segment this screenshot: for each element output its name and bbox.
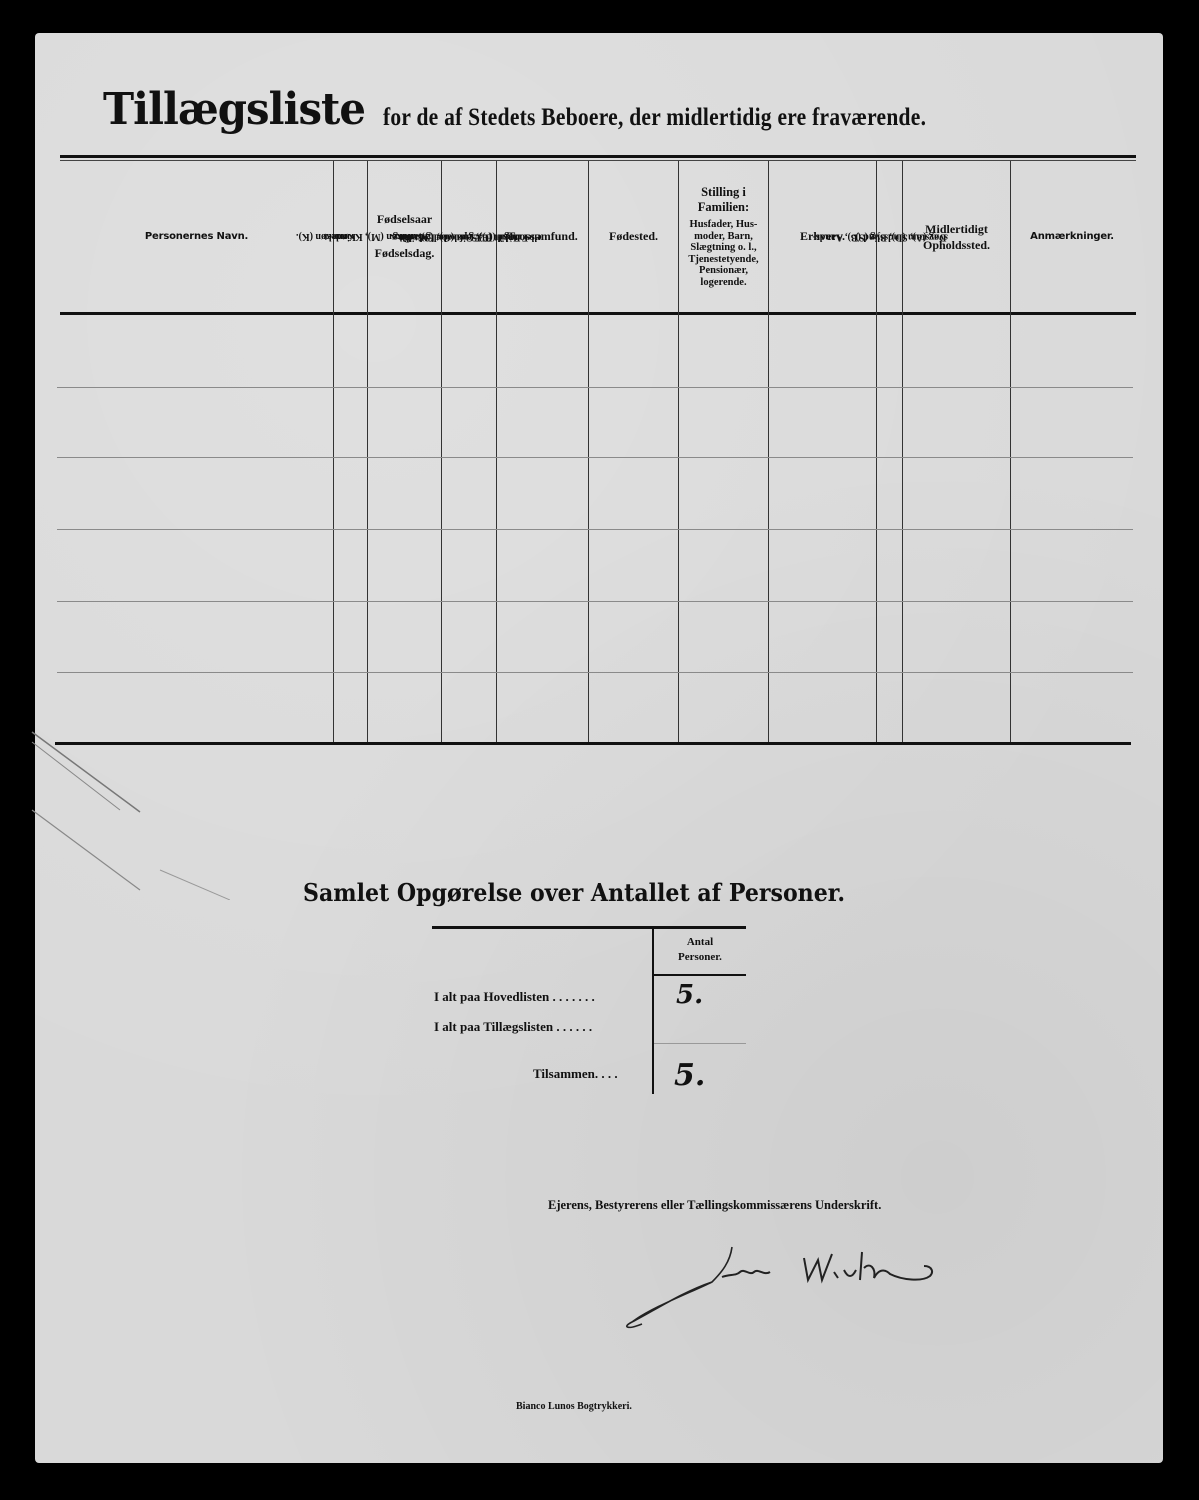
summary-subtotal-rule bbox=[654, 1043, 746, 1044]
summary-header-rule bbox=[654, 974, 746, 976]
form-subtitle-plain: for de af Stedets Beboere, der midlertid… bbox=[383, 104, 806, 131]
header-aegteskab: Ægteskabelig Stilling. Ugift (U), Gift (… bbox=[442, 161, 496, 312]
header-stilling-sub0: Husfader, Hus- bbox=[690, 219, 758, 231]
summary-column-header: Antal Personer. bbox=[654, 935, 746, 965]
table-row[interactable] bbox=[60, 388, 1133, 457]
form-title: Tillægsliste bbox=[103, 88, 365, 132]
header-stilling-line1: Stilling i bbox=[701, 185, 746, 200]
form-subtitle-bold: fraværende. bbox=[812, 104, 926, 131]
header-kjonnet: KønnetMandkøn (M), Kvindekøn (K). bbox=[334, 161, 367, 312]
header-handicap: Døvstum (D), Blind (B), Aands- svag (A),… bbox=[877, 161, 902, 312]
summary-label-hovedlisten: I alt paa Hovedlisten . . . . . . . bbox=[434, 989, 595, 1005]
printer-imprint: Bianco Lunos Bogtrykkeri. bbox=[516, 1401, 632, 1412]
form-subtitle: for de af Stedets Beboere, der midlertid… bbox=[383, 104, 926, 132]
summary-value-tilsammen[interactable]: 5. bbox=[674, 1058, 705, 1093]
header-stilling-sub1: moder, Barn, bbox=[694, 231, 753, 243]
summary-top-rule bbox=[432, 926, 746, 929]
table-row[interactable] bbox=[60, 458, 1133, 529]
summary-label-tillaegslisten: I alt paa Tillægslisten . . . . . . bbox=[434, 1019, 592, 1035]
header-fodested: Fødested. bbox=[589, 161, 678, 312]
header-anmaerkninger: Anmærkninger. bbox=[1011, 161, 1133, 312]
top-thick-rule bbox=[60, 155, 1136, 158]
summary-header-line1: Antal bbox=[654, 935, 746, 950]
header-opholdssted-line2: Opholdssted. bbox=[923, 237, 990, 253]
handwritten-signature[interactable] bbox=[612, 1232, 942, 1332]
summary-title: Samlet Opgørelse over Antallet af Person… bbox=[303, 878, 845, 907]
signature-label: Ejerens, Bestyrerens eller Tællingskommi… bbox=[548, 1198, 881, 1213]
header-stilling-sub4: Pensionær, bbox=[699, 265, 748, 277]
header-stilling-sub5: logerende. bbox=[700, 277, 746, 289]
header-trossamfund: Trossamfund. bbox=[497, 161, 588, 312]
table-row[interactable] bbox=[60, 530, 1133, 601]
table-row[interactable] bbox=[60, 315, 1133, 387]
header-fodsel-line1: Fødselsaar bbox=[377, 213, 432, 226]
header-opholdssted: Midlertidigt Opholdssted. bbox=[903, 161, 1010, 312]
summary-header-line2: Personer. bbox=[654, 950, 746, 965]
summary-value-hovedlisten[interactable]: 5. bbox=[676, 980, 703, 1010]
header-stilling: Stilling i Familien: Husfader, Hus- mode… bbox=[679, 161, 768, 312]
header-opholdssted-line1: Midlertidigt bbox=[925, 221, 988, 237]
summary-label-tilsammen: Tilsammen. . . . bbox=[533, 1066, 618, 1082]
table-row[interactable] bbox=[60, 602, 1133, 672]
header-stilling-line2: Familien: bbox=[698, 200, 749, 215]
summary-value-tillaegslisten[interactable] bbox=[676, 1012, 736, 1040]
header-stilling-sub3: Tjenestetyende, bbox=[688, 254, 758, 266]
header-fodsel-line3: Fødselsdag. bbox=[375, 247, 435, 260]
scratch-marks bbox=[30, 720, 230, 900]
header-stilling-sub2: Slægtning o. l., bbox=[690, 242, 756, 254]
